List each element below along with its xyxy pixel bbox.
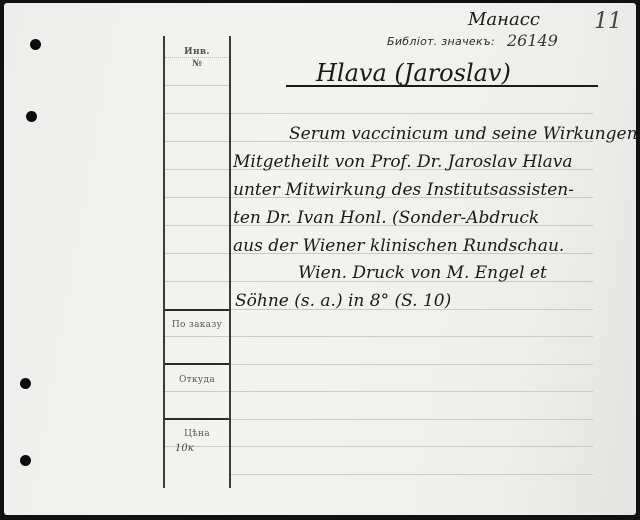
main-rule — [231, 419, 593, 420]
left-rule — [165, 336, 229, 337]
description-line-2: Mitgetheilt von Prof. Dr. Jaroslav Hlava — [233, 152, 573, 172]
description-line-5: aus der Wiener klinischen Rundschau. — [233, 236, 564, 256]
punch-hole-1 — [30, 39, 41, 50]
description-line-4: ten Dr. Ivan Honl. (Sonder-Abdruck — [233, 208, 539, 228]
left-rule — [165, 141, 229, 142]
left-rule — [165, 281, 229, 282]
left-column-border-left — [163, 36, 165, 488]
heading-underline — [286, 85, 598, 87]
separator-source — [165, 363, 229, 365]
left-rule — [165, 57, 229, 58]
description-line-1: Serum vaccinicum und seine Wirkungen — [289, 124, 638, 144]
main-rule — [231, 336, 593, 337]
left-rule — [165, 197, 229, 198]
main-rule — [231, 474, 593, 475]
punch-hole-4 — [20, 455, 31, 466]
left-rule — [165, 225, 229, 226]
catalog-card: Инв. № По заказу Откуда Цѣна 10к Манасс … — [4, 3, 636, 515]
card-number: 11 — [594, 9, 622, 34]
punch-hole-2 — [26, 111, 37, 122]
main-rule — [231, 446, 593, 447]
left-rule — [165, 169, 229, 170]
left-rule — [165, 85, 229, 86]
inv-label: Инв. — [165, 47, 229, 57]
description-line-6: Wien. Druck von M. Engel et — [298, 263, 547, 283]
separator-price — [165, 418, 229, 420]
author-heading: Hlava (Jaroslav) — [316, 59, 511, 87]
punch-hole-3 — [20, 378, 31, 389]
price-value: 10к — [175, 443, 194, 454]
main-rule — [231, 391, 593, 392]
left-column-border-right — [229, 36, 231, 488]
left-rule — [165, 253, 229, 254]
order-label: По заказу — [165, 320, 229, 330]
collection-mark: Манасс — [468, 9, 540, 30]
description-line-7: Söhne (s. a.) in 8° (S. 10) — [235, 291, 451, 311]
library-mark-value: 26149 — [507, 31, 558, 50]
inv-number-sign: № — [165, 59, 229, 69]
library-mark-label: Библіот. значекъ: — [387, 35, 495, 48]
main-rule — [231, 113, 593, 114]
left-rule — [165, 391, 229, 392]
main-rule — [231, 364, 593, 365]
source-label: Откуда — [165, 375, 229, 385]
separator-order — [165, 309, 229, 311]
left-rule — [165, 113, 229, 114]
price-label: Цѣна — [165, 429, 229, 439]
description-line-3: unter Mitwirkung des Institutsassisten- — [233, 180, 574, 200]
